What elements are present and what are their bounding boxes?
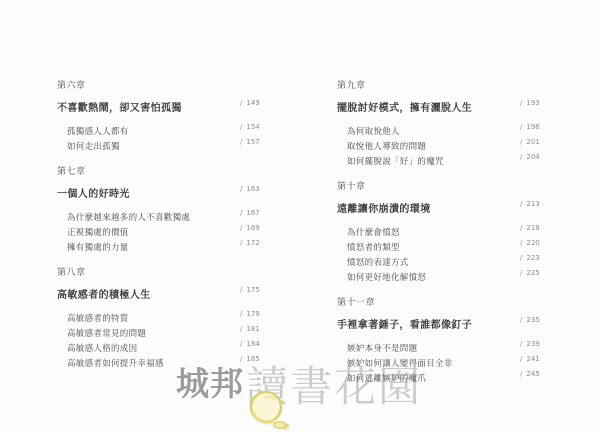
- page-value: 223: [526, 254, 539, 262]
- chapter-title-row: 手裡拿著錘子，看誰都像釘子/235: [337, 313, 549, 327]
- page-number: /235: [520, 316, 540, 325]
- page-prefix: /: [240, 325, 242, 333]
- chapter-label: 第八章: [57, 267, 269, 279]
- chapter-title: 一個人的好時光: [57, 189, 130, 200]
- chapter-title-row: 高敏感者的積極人生/175: [57, 283, 269, 297]
- page-value: 179: [246, 310, 259, 318]
- page-prefix: /: [240, 224, 242, 232]
- page-number: /193: [520, 99, 540, 108]
- page-prefix: /: [240, 99, 242, 107]
- page-prefix: /: [520, 99, 522, 107]
- page-value: 193: [526, 99, 539, 107]
- page-value: 185: [246, 355, 259, 363]
- page-prefix: /: [520, 239, 522, 247]
- page-value: 172: [246, 239, 259, 247]
- toc-item-row: 為何取悅他人/198: [337, 119, 549, 134]
- item-title: 擁有獨處的力量: [67, 243, 129, 253]
- toc-item-row: 憤怒者的類型/220: [337, 235, 549, 250]
- toc-item-row: 如何逃離嫉妒的魔爪/245: [337, 366, 549, 381]
- page-number: /204: [520, 153, 540, 162]
- toc-section: 第十章遠離讓你崩潰的環境/213為什麼會憤怒/218憤怒者的類型/220憤怒的表…: [337, 181, 549, 280]
- toc-item-row: 為什麼會憤怒/218: [337, 220, 549, 235]
- page-prefix: /: [240, 340, 242, 348]
- page-prefix: /: [520, 316, 522, 324]
- page-prefix: /: [520, 153, 522, 161]
- page-prefix: /: [520, 138, 522, 146]
- page-prefix: /: [520, 200, 522, 208]
- page-prefix: /: [520, 355, 522, 363]
- page-prefix: /: [520, 370, 522, 378]
- page-number: /175: [240, 286, 260, 295]
- page-value: 198: [526, 123, 539, 131]
- page-prefix: /: [240, 209, 242, 217]
- page-prefix: /: [240, 123, 242, 131]
- toc-column-right: 第九章擺脫討好模式，擁有灑脫人生/193為何取悅他人/198取悅他人導致的問題/…: [337, 80, 549, 398]
- chapter-title-row: 一個人的好時光/163: [57, 182, 269, 196]
- page-number: /154: [240, 123, 260, 132]
- toc-item-row: 高敏感人格的成因/184: [57, 336, 269, 351]
- page-prefix: /: [520, 224, 522, 232]
- toc-section: 第七章一個人的好時光/163為什麼越來越多的人不喜歡獨處/167正視獨處的價值/…: [57, 166, 269, 250]
- toc-item-row: 孤獨感人人都有/154: [57, 119, 269, 134]
- page-number: /184: [240, 340, 260, 349]
- page-value: 149: [246, 99, 259, 107]
- toc-item-row: 高敏感者常見的問題/181: [57, 321, 269, 336]
- page-value: 220: [526, 239, 539, 247]
- chapter-title-row: 擺脫討好模式，擁有灑脫人生/193: [337, 96, 549, 110]
- page-value: 181: [246, 325, 259, 333]
- toc-item-row: 擁有獨處的力量/172: [57, 235, 269, 250]
- item-title: 高敏感者如何提升幸福感: [67, 359, 164, 369]
- cite-bee-mascot-icon: [244, 388, 296, 432]
- page-number: /163: [240, 185, 260, 194]
- item-title: 如何擺脫說「好」的魔咒: [347, 157, 444, 167]
- page-prefix: /: [520, 340, 522, 348]
- page-value: 225: [526, 269, 539, 277]
- page-value: 204: [526, 153, 539, 161]
- page-prefix: /: [240, 355, 242, 363]
- toc-section: 第六章不喜歡熱鬧，卻又害怕孤獨/149孤獨感人人都有/154如何走出孤獨/157: [57, 80, 269, 149]
- page-number: /167: [240, 209, 260, 218]
- page-prefix: /: [520, 123, 522, 131]
- toc-section: 第十一章手裡拿著錘子，看誰都像釘子/235嫉妒本身不是問題/239嫉妒如何讓人變…: [337, 297, 549, 381]
- page-prefix: /: [240, 286, 242, 294]
- item-title: 如何走出孤獨: [67, 142, 120, 152]
- chapter-label: 第九章: [337, 80, 549, 92]
- toc-item-row: 為什麼越來越多的人不喜歡獨處/167: [57, 205, 269, 220]
- toc-item-row: 取悅他人導致的問題/201: [337, 134, 549, 149]
- page-number: /241: [520, 355, 540, 364]
- page-value: 241: [526, 355, 539, 363]
- page-value: 235: [526, 316, 539, 324]
- toc-item-row: 如何更好地化解憤怒/225: [337, 265, 549, 280]
- page-prefix: /: [240, 185, 242, 193]
- item-title: 如何逃離嫉妒的魔爪: [347, 374, 426, 384]
- page-value: 175: [246, 286, 259, 294]
- chapter-label: 第十一章: [337, 297, 549, 309]
- chapter-title: 手裡拿著錘子，看誰都像釘子: [337, 320, 472, 331]
- page-number: /169: [240, 224, 260, 233]
- toc-column-left: 第六章不喜歡熱鬧，卻又害怕孤獨/149孤獨感人人都有/154如何走出孤獨/157…: [57, 80, 269, 383]
- page-number: /218: [520, 224, 540, 233]
- page-value: 218: [526, 224, 539, 232]
- toc-item-row: 正視獨處的價值/169: [57, 220, 269, 235]
- toc-item-row: 嫉妒如何讓人變得面目全非/241: [337, 351, 549, 366]
- page-prefix: /: [520, 254, 522, 262]
- chapter-title: 遠離讓你崩潰的環境: [337, 204, 431, 215]
- chapter-title-row: 不喜歡熱鬧，卻又害怕孤獨/149: [57, 96, 269, 110]
- page-number: /198: [520, 123, 540, 132]
- chapter-label: 第十章: [337, 181, 549, 193]
- toc-item-row: 如何擺脫說「好」的魔咒/204: [337, 149, 549, 164]
- page-number: /245: [520, 370, 540, 379]
- page-prefix: /: [240, 138, 242, 146]
- page-number: /179: [240, 310, 260, 319]
- page-number: /220: [520, 239, 540, 248]
- chapter-title-row: 遠離讓你崩潰的環境/213: [337, 197, 549, 211]
- chapter-title: 擺脫討好模式，擁有灑脫人生: [337, 103, 472, 114]
- book-page: 城邦讀書花園 第六章不喜歡熱鬧，卻又害怕孤獨/149孤獨感人人都有/154如何走…: [0, 0, 600, 432]
- page-number: /157: [240, 138, 260, 147]
- page-value: 157: [246, 138, 259, 146]
- page-number: /149: [240, 99, 260, 108]
- page-value: 154: [246, 123, 259, 131]
- page-number: /201: [520, 138, 540, 147]
- page-prefix: /: [240, 310, 242, 318]
- page-value: 167: [246, 209, 259, 217]
- page-value: 213: [526, 200, 539, 208]
- page-value: 201: [526, 138, 539, 146]
- toc-item-row: 高敏感者的特質/179: [57, 306, 269, 321]
- page-value: 169: [246, 224, 259, 232]
- page-number: /172: [240, 239, 260, 248]
- chapter-title: 高敏感者的積極人生: [57, 290, 151, 301]
- page-number: /213: [520, 200, 540, 209]
- page-number: /181: [240, 325, 260, 334]
- chapter-label: 第六章: [57, 80, 269, 92]
- chapter-label: 第七章: [57, 166, 269, 178]
- toc-item-row: 如何走出孤獨/157: [57, 134, 269, 149]
- page-value: 163: [246, 185, 259, 193]
- toc-item-row: 高敏感者如何提升幸福感/185: [57, 351, 269, 366]
- page-number: /223: [520, 254, 540, 263]
- item-title: 如何更好地化解憤怒: [347, 273, 426, 283]
- chapter-title: 不喜歡熱鬧，卻又害怕孤獨: [57, 103, 182, 114]
- toc-section: 第九章擺脫討好模式，擁有灑脫人生/193為何取悅他人/198取悅他人導致的問題/…: [337, 80, 549, 164]
- page-prefix: /: [520, 269, 522, 277]
- page-number: /225: [520, 269, 540, 278]
- toc-section: 第八章高敏感者的積極人生/175高敏感者的特質/179高敏感者常見的問題/181…: [57, 267, 269, 366]
- page-value: 184: [246, 340, 259, 348]
- page-prefix: /: [240, 239, 242, 247]
- page-value: 239: [526, 340, 539, 348]
- toc-item-row: 嫉妒本身不是問題/239: [337, 336, 549, 351]
- page-value: 245: [526, 370, 539, 378]
- page-number: /185: [240, 355, 260, 364]
- toc-item-row: 憤怒的表達方式/223: [337, 250, 549, 265]
- page-number: /239: [520, 340, 540, 349]
